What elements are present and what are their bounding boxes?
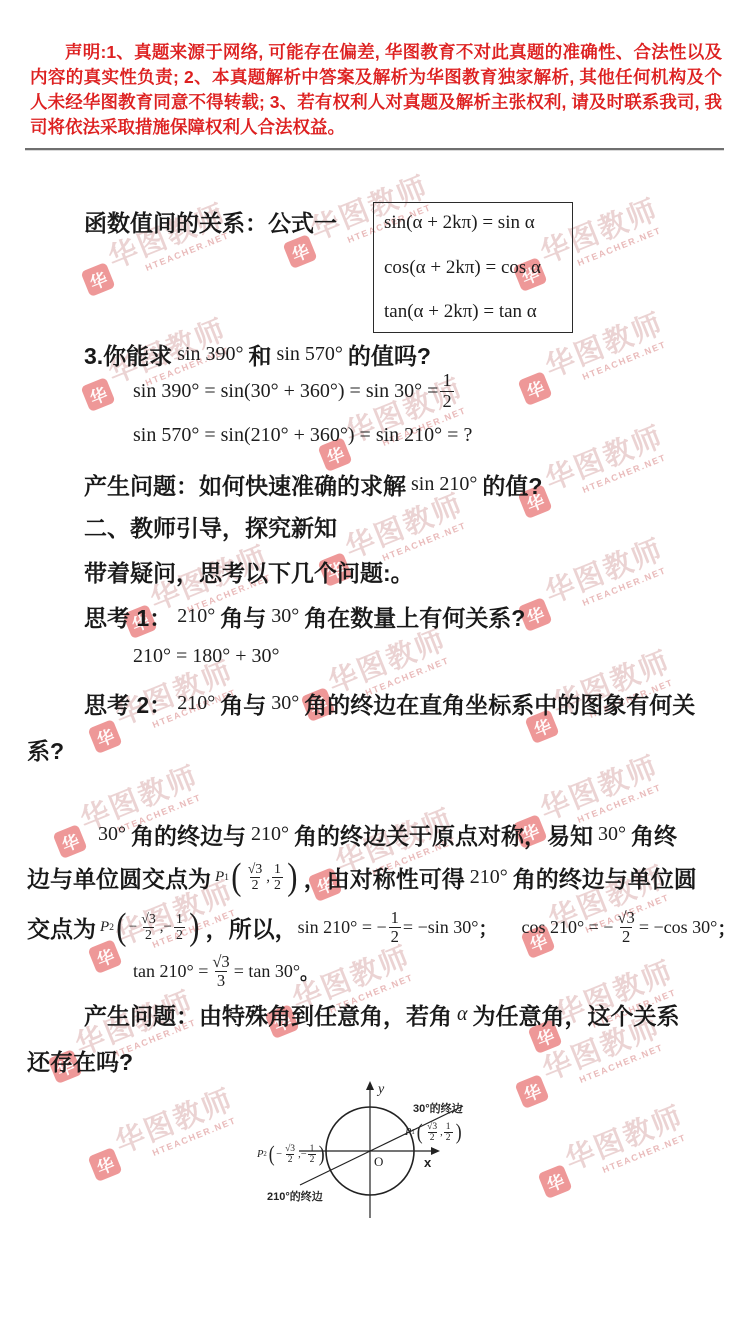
- think1-line: 思考 1：210°角与30°角在数量上有何关系?: [84, 600, 525, 633]
- paragraph-text: ，所以，: [206, 911, 298, 944]
- equation-tan210-value: tan 210° =√33= tan 30°: [133, 953, 300, 989]
- fraction-root3-over-3: √33: [210, 953, 231, 989]
- problem2-line: 产生问题：由特殊角到任意角，若角α为任意角，这个关系: [84, 998, 680, 1031]
- disclaimer-label: 声明:: [65, 42, 106, 62]
- paragraph-text: 角的终边与: [131, 818, 246, 851]
- equation-sin210-value: sin 210° = −12= −sin 30°: [298, 909, 479, 945]
- equation-210-text: 210° = 180° + 30°: [133, 645, 280, 668]
- disclaimer-body: 1、真题来源于网络, 可能存在偏差, 华图教育不对此真题的准确性、合法性以及内容…: [30, 42, 722, 137]
- terminal-30-label: 30°的终边: [413, 1100, 463, 1116]
- section2-heading: 二、教师引导，探究新知: [84, 510, 337, 543]
- math-30deg: 30°: [271, 605, 299, 628]
- math-210deg: 210°: [177, 692, 215, 715]
- y-axis-arrow-icon: [366, 1081, 374, 1090]
- equation-sin390-text: sin 390° = sin(30° + 360°) = sin 30° =: [133, 380, 438, 403]
- origin-label: O: [374, 1154, 383, 1170]
- formula-intro-line: 函数值间的关系：公式一: [84, 205, 337, 238]
- equation-cos210-value: cos 210° = −√32= −cos 30°: [521, 909, 717, 945]
- terminal-210-label: 210°的终边: [267, 1188, 323, 1204]
- think2-continuation-text: 系?: [27, 733, 64, 766]
- horizontal-rule: [25, 148, 724, 151]
- math-30deg: 30°: [271, 692, 299, 715]
- fraction-one-half: 12: [272, 862, 283, 892]
- point-p1: P1(√32,12): [215, 861, 300, 894]
- paragraph-text: 交点为: [27, 911, 96, 944]
- think2-text: 角与: [220, 687, 266, 720]
- think1-text: 角在数量上有何关系?: [304, 600, 525, 633]
- formula-box-line2: cos(α + 2kπ) = cos α: [384, 257, 562, 279]
- paragraph-text: 边与单位圆交点为: [27, 861, 211, 894]
- document-page: 声明:1、真题来源于网络, 可能存在偏差, 华图教育不对此真题的准确性、合法性以…: [0, 0, 748, 1335]
- lead-text: 带着疑问，思考以下几个问题:。: [84, 555, 414, 588]
- lead-line: 带着疑问，思考以下几个问题:。: [84, 555, 414, 588]
- x-axis-arrow-icon: [431, 1147, 440, 1155]
- problem2-text: 为任意角，这个关系: [473, 998, 680, 1031]
- math-sin390: sin 390°: [177, 343, 243, 366]
- equation-sin570: sin 570° = sin(210° + 360°) = sin 210° =…: [133, 424, 472, 447]
- formula-box-line3: tan(α + 2kπ) = tan α: [384, 301, 562, 323]
- paragraph-text: 角终: [631, 818, 677, 851]
- fraction-root3-over-2: √32: [139, 912, 157, 942]
- paragraph-line-d: tan 210° =√33= tan 30° 。: [133, 946, 319, 996]
- paragraph-line-b: 边与单位圆交点为 P1(√32,12) ，由对称性可得210°角的终边与单位圆: [27, 850, 697, 904]
- unit-circle-diagram: y x O 30°的终边 210°的终边 P1(√32,12) P2(−√32,…: [255, 1080, 585, 1222]
- think2-line: 思考 2：210°角与30°角的终边在直角坐标系中的图象有何关: [84, 687, 695, 720]
- y-axis-label: y: [378, 1082, 384, 1098]
- equation-sin390: sin 390° = sin(30° + 360°) = sin 30° = 1…: [133, 366, 456, 416]
- problem2-continuation: 还存在吗?: [27, 1044, 133, 1077]
- math-30deg: 30°: [98, 823, 126, 846]
- section2-heading-text: 二、教师引导，探究新知: [84, 510, 337, 543]
- disclaimer-paragraph: 声明:1、真题来源于网络, 可能存在偏差, 华图教育不对此真题的准确性、合法性以…: [30, 40, 722, 140]
- math-sin570: sin 570°: [277, 343, 343, 366]
- math-210deg: 210°: [177, 605, 215, 628]
- problem1-line: 产生问题：如何快速准确的求解sin 210°的值?: [84, 468, 542, 501]
- think1-label: 思考 1：: [84, 600, 172, 633]
- math-alpha: α: [457, 1003, 468, 1026]
- punctuation: 。: [300, 958, 319, 985]
- fraction-root3-over-2: √32: [246, 862, 264, 892]
- equation-210: 210° = 180° + 30°: [133, 645, 280, 668]
- paragraph-text: 角的终边与单位圆: [513, 861, 697, 894]
- formula-intro-text: 函数值间的关系：公式一: [84, 205, 337, 238]
- math-210deg: 210°: [251, 823, 289, 846]
- math-30deg: 30°: [598, 823, 626, 846]
- problem2-text: 产生问题：由特殊角到任意角，若角: [84, 998, 452, 1031]
- formula-box: sin(α + 2kπ) = sin α cos(α + 2kπ) = cos …: [373, 202, 573, 333]
- formula-box-line1: sin(α + 2kπ) = sin α: [384, 212, 562, 234]
- think2-label: 思考 2：: [84, 687, 172, 720]
- diagram-point-p1: P1(√32,12): [405, 1122, 463, 1143]
- paragraph-text: 角的终边关于原点对称，易知: [294, 818, 593, 851]
- punctuation: ；: [478, 914, 497, 941]
- fraction-one-half: 12: [174, 912, 185, 942]
- point-p2: P2(−√32,−12): [100, 911, 202, 944]
- x-axis-label: x: [424, 1155, 431, 1170]
- problem1-text: 产生问题：如何快速准确的求解: [84, 468, 406, 501]
- think2-text: 角的终边在直角坐标系中的图象有何关: [304, 687, 695, 720]
- problem2-continuation-text: 还存在吗?: [27, 1044, 133, 1077]
- math-sin210: sin 210°: [411, 473, 477, 496]
- paragraph-text: ，由对称性可得: [304, 861, 465, 894]
- math-210deg: 210°: [470, 866, 508, 889]
- think2-continuation: 系?: [27, 733, 64, 766]
- think1-text: 角与: [220, 600, 266, 633]
- problem1-text: 的值?: [482, 468, 542, 501]
- punctuation: ；: [717, 914, 736, 941]
- paragraph-line-a: 30°角的终边与210°角的终边关于原点对称，易知30°角终: [98, 818, 677, 851]
- equation-sin570-text: sin 570° = sin(210° + 360°) = sin 210° =…: [133, 424, 472, 447]
- diagram-point-p2: P2(−√32,−12): [257, 1144, 327, 1165]
- fraction-one-half: 12: [440, 371, 453, 411]
